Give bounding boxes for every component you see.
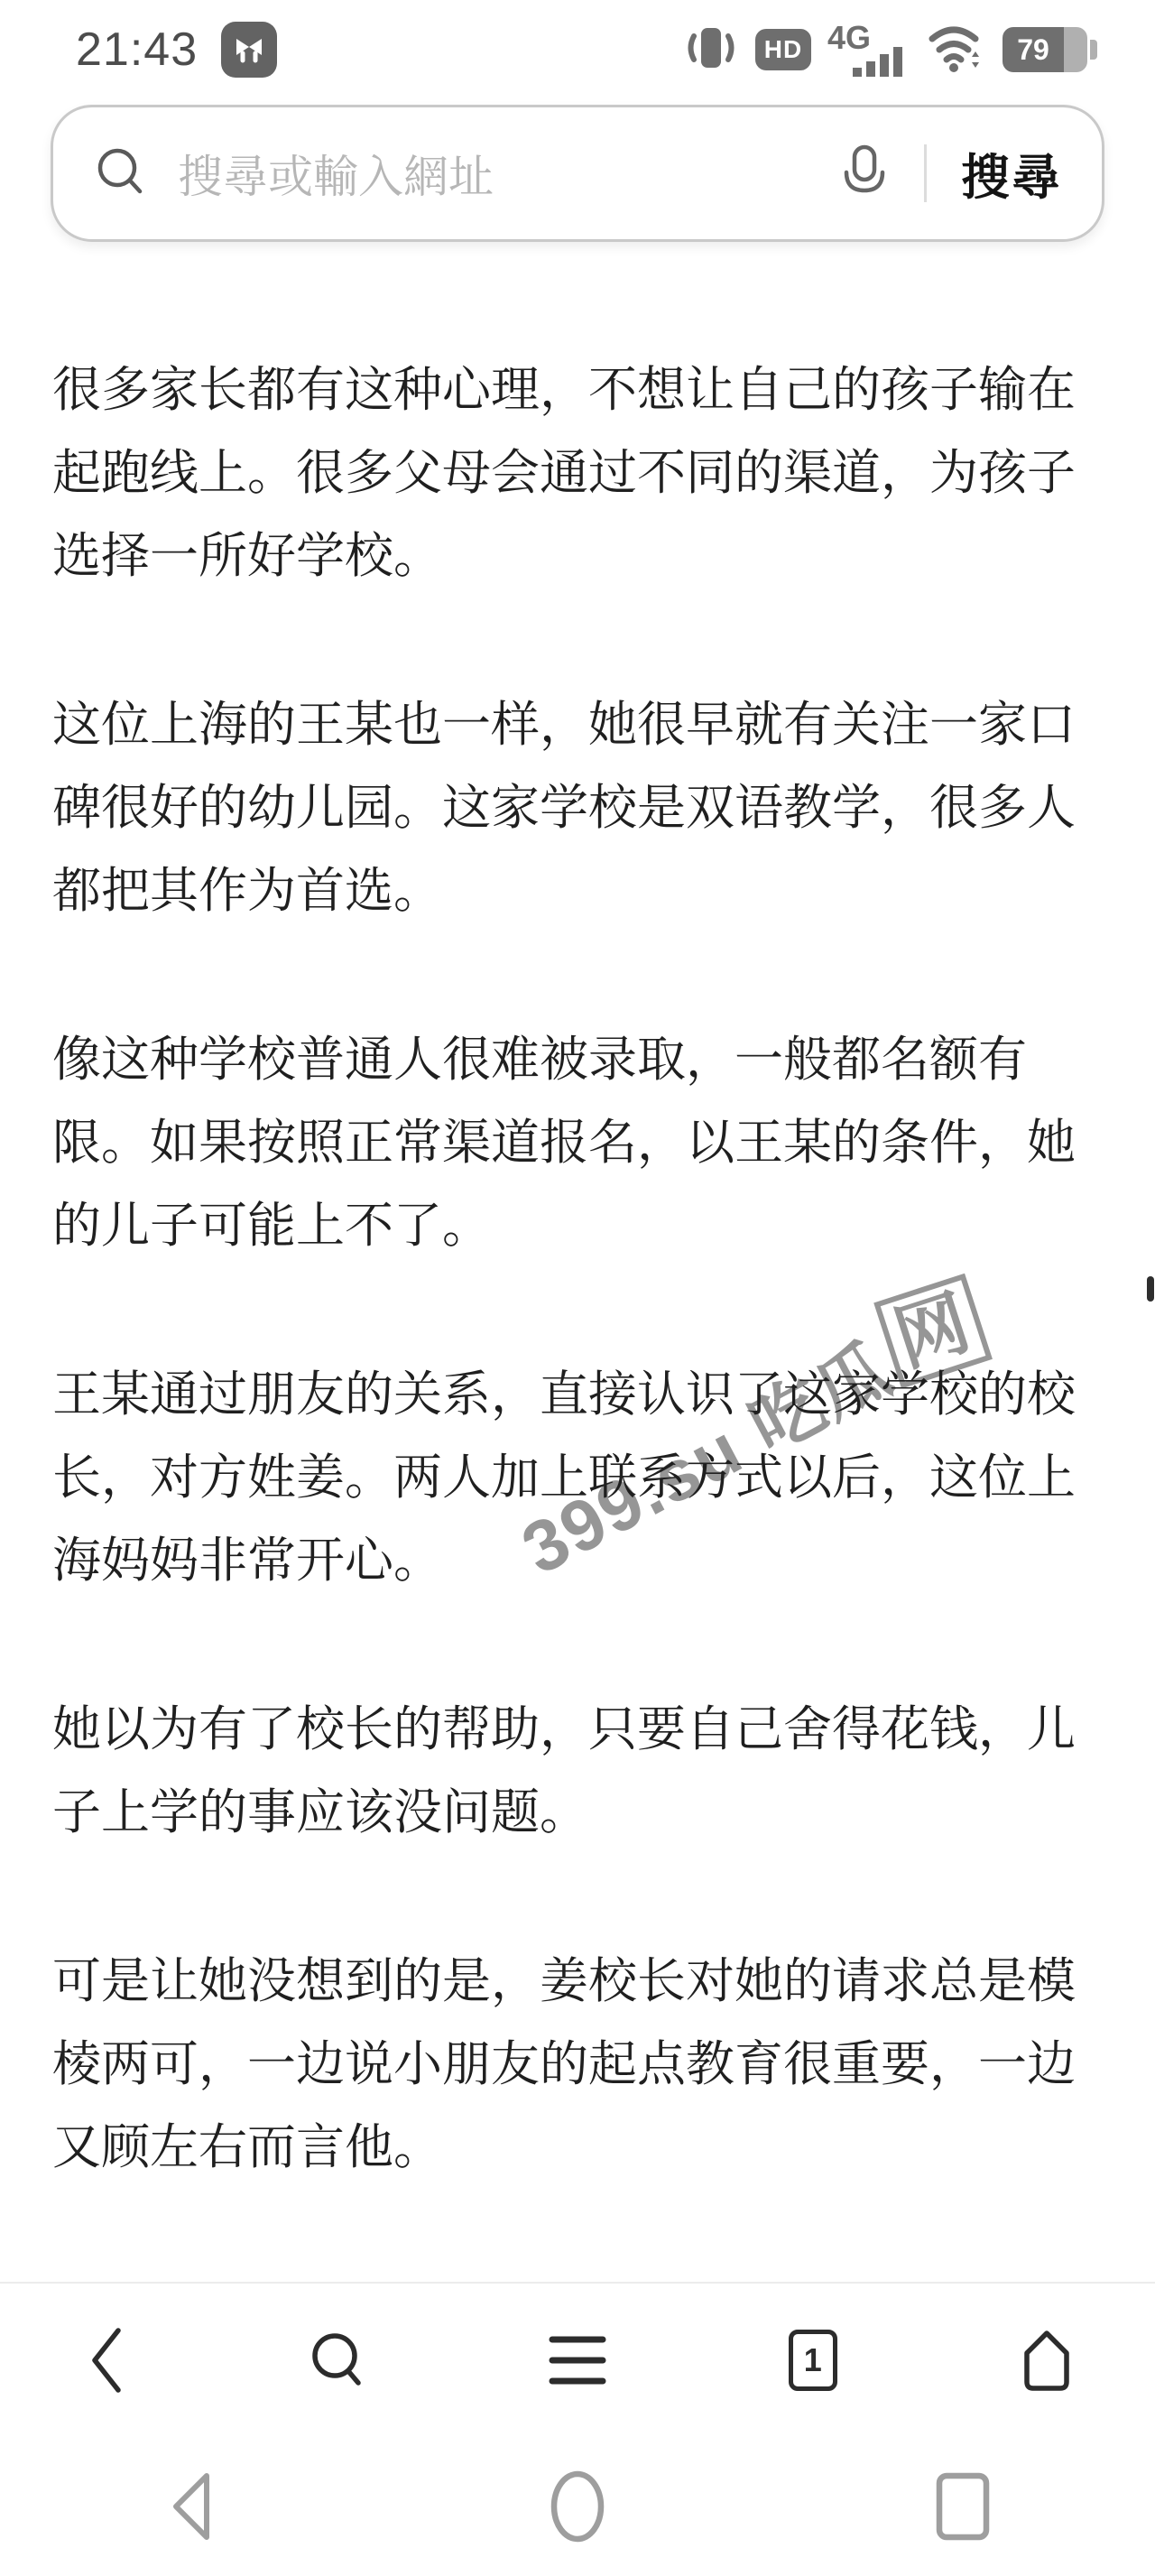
clock: 21:43 bbox=[76, 23, 198, 77]
vibrate-icon bbox=[683, 22, 739, 79]
tabs-button[interactable]: 1 bbox=[789, 2330, 837, 2391]
battery-empty-part bbox=[1064, 27, 1087, 72]
back-button[interactable] bbox=[86, 2323, 127, 2397]
battery-tip bbox=[1090, 40, 1097, 60]
home-icon bbox=[1020, 2328, 1074, 2393]
article-content: 很多家长都有这种心理，不想让自己的孩子输在起跑线上。很多父母会通过不同的渠道，为… bbox=[0, 348, 1155, 2189]
divider bbox=[924, 144, 927, 202]
home-button[interactable] bbox=[1020, 2328, 1074, 2393]
status-bar: 21:43 HD 4G bbox=[0, 0, 1155, 90]
android-back-button[interactable] bbox=[0, 2470, 385, 2543]
browser-toolbar: 1 bbox=[0, 2282, 1155, 2437]
android-recents-button[interactable] bbox=[770, 2471, 1155, 2542]
address-search-bar[interactable]: 搜尋或輸入網址 搜尋 bbox=[51, 105, 1104, 242]
home-circle-icon bbox=[548, 2468, 607, 2545]
paragraph: 可是让她没想到的是，姜校长对她的请求总是模棱两可，一边说小朋友的起点教育很重要，… bbox=[52, 1940, 1103, 2189]
scrollbar-thumb[interactable] bbox=[1147, 1276, 1154, 1302]
microphone-icon[interactable] bbox=[839, 144, 890, 204]
magnifier-icon bbox=[95, 145, 147, 202]
battery-percent: 79 bbox=[1003, 27, 1064, 72]
battery-icon: 79 bbox=[1003, 27, 1097, 72]
back-triangle-icon bbox=[169, 2470, 216, 2543]
mobile-browser-screen: 21:43 HD 4G bbox=[0, 0, 1155, 2576]
signal-4g-icon: 4G bbox=[827, 21, 910, 79]
menu-icon bbox=[549, 2332, 606, 2388]
android-home-button[interactable] bbox=[385, 2468, 771, 2545]
signal-bars bbox=[853, 44, 905, 77]
recents-square-icon bbox=[934, 2471, 992, 2542]
search-button-toolbar[interactable] bbox=[310, 2330, 365, 2390]
back-chevron-icon bbox=[86, 2323, 127, 2397]
search-button[interactable]: 搜尋 bbox=[961, 139, 1062, 208]
android-nav-bar bbox=[0, 2437, 1155, 2576]
wifi-icon bbox=[927, 23, 986, 78]
hd-badge: HD bbox=[755, 29, 811, 70]
status-bar-left: 21:43 bbox=[76, 22, 277, 78]
tab-counter: 1 bbox=[789, 2330, 837, 2391]
status-bar-right: HD 4G bbox=[683, 21, 1097, 79]
search-icon bbox=[310, 2330, 365, 2390]
paragraph: 王某通过朋友的关系，直接认识了这家学校的校长，对方姓姜。两人加上联系方式以后，这… bbox=[52, 1353, 1103, 1602]
app-notification-icon bbox=[221, 22, 277, 78]
search-input[interactable]: 搜尋或輸入網址 bbox=[178, 141, 839, 206]
paragraph: 她以为有了校长的帮助，只要自己舍得花钱，儿子上学的事应该没问题。 bbox=[52, 1688, 1103, 1854]
menu-button[interactable] bbox=[549, 2332, 606, 2388]
paragraph: 这位上海的王某也一样，她很早就有关注一家口碑很好的幼儿园。这家学校是双语教学，很… bbox=[52, 683, 1103, 932]
paragraph: 像这种学校普通人很难被录取，一般都名额有限。如果按照正常渠道报名，以王某的条件，… bbox=[52, 1018, 1103, 1267]
paragraph: 很多家长都有这种心理，不想让自己的孩子输在起跑线上。很多父母会通过不同的渠道，为… bbox=[52, 348, 1103, 598]
